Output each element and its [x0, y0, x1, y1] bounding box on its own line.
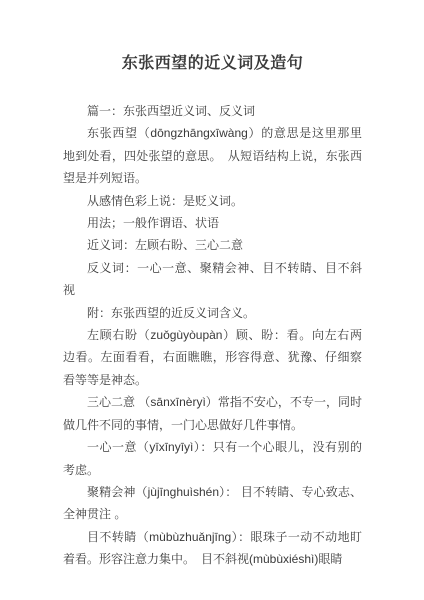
paragraph: 三心二意 （sānxīnèryì）常指不安心，不专一，同时做几件不同的事情，一门… — [63, 391, 362, 436]
paragraph: 左顾右盼（zuǒgùyòupàn）顾、盼：看。向左右两边看。左面看看，右面瞧瞧，… — [63, 324, 362, 391]
paragraph: 东张西望（dōngzhāngxīwàng）的意思是这里那里地到处看，四处张望的意… — [63, 122, 362, 189]
paragraph: 近义词：左顾右盼、三心二意 — [63, 234, 362, 256]
document-body: 篇一：东张西望近义词、反义词 东张西望（dōngzhāngxīwàng）的意思是… — [63, 100, 362, 571]
paragraph: 附：东张西望的近反义词含义。 — [63, 302, 362, 324]
paragraph: 反义词：一心一意、聚精会神、目不转睛、目不斜视 — [63, 257, 362, 302]
paragraph: 用法；一般作谓语、状语 — [63, 212, 362, 234]
paragraph: 聚精会神（jùjīnghuìshén）： 目不转睛、专心致志、全神贯注 。 — [63, 481, 362, 526]
document-page: 东张西望的近义词及造句 篇一：东张西望近义词、反义词 东张西望（dōngzhān… — [0, 0, 424, 600]
paragraph: 篇一：东张西望近义词、反义词 — [63, 100, 362, 122]
paragraph: 目不转睛（mùbùzhuǎnjīng）：眼珠子一动不动地盯着看。形容注意力集中。… — [63, 526, 362, 571]
page-title: 东张西望的近义词及造句 — [63, 52, 362, 76]
paragraph: 从感情色彩上说：是贬义词。 — [63, 190, 362, 212]
paragraph: 一心一意（yīxīnyīyì）：只有一个心眼儿，没有别的考虑。 — [63, 436, 362, 481]
